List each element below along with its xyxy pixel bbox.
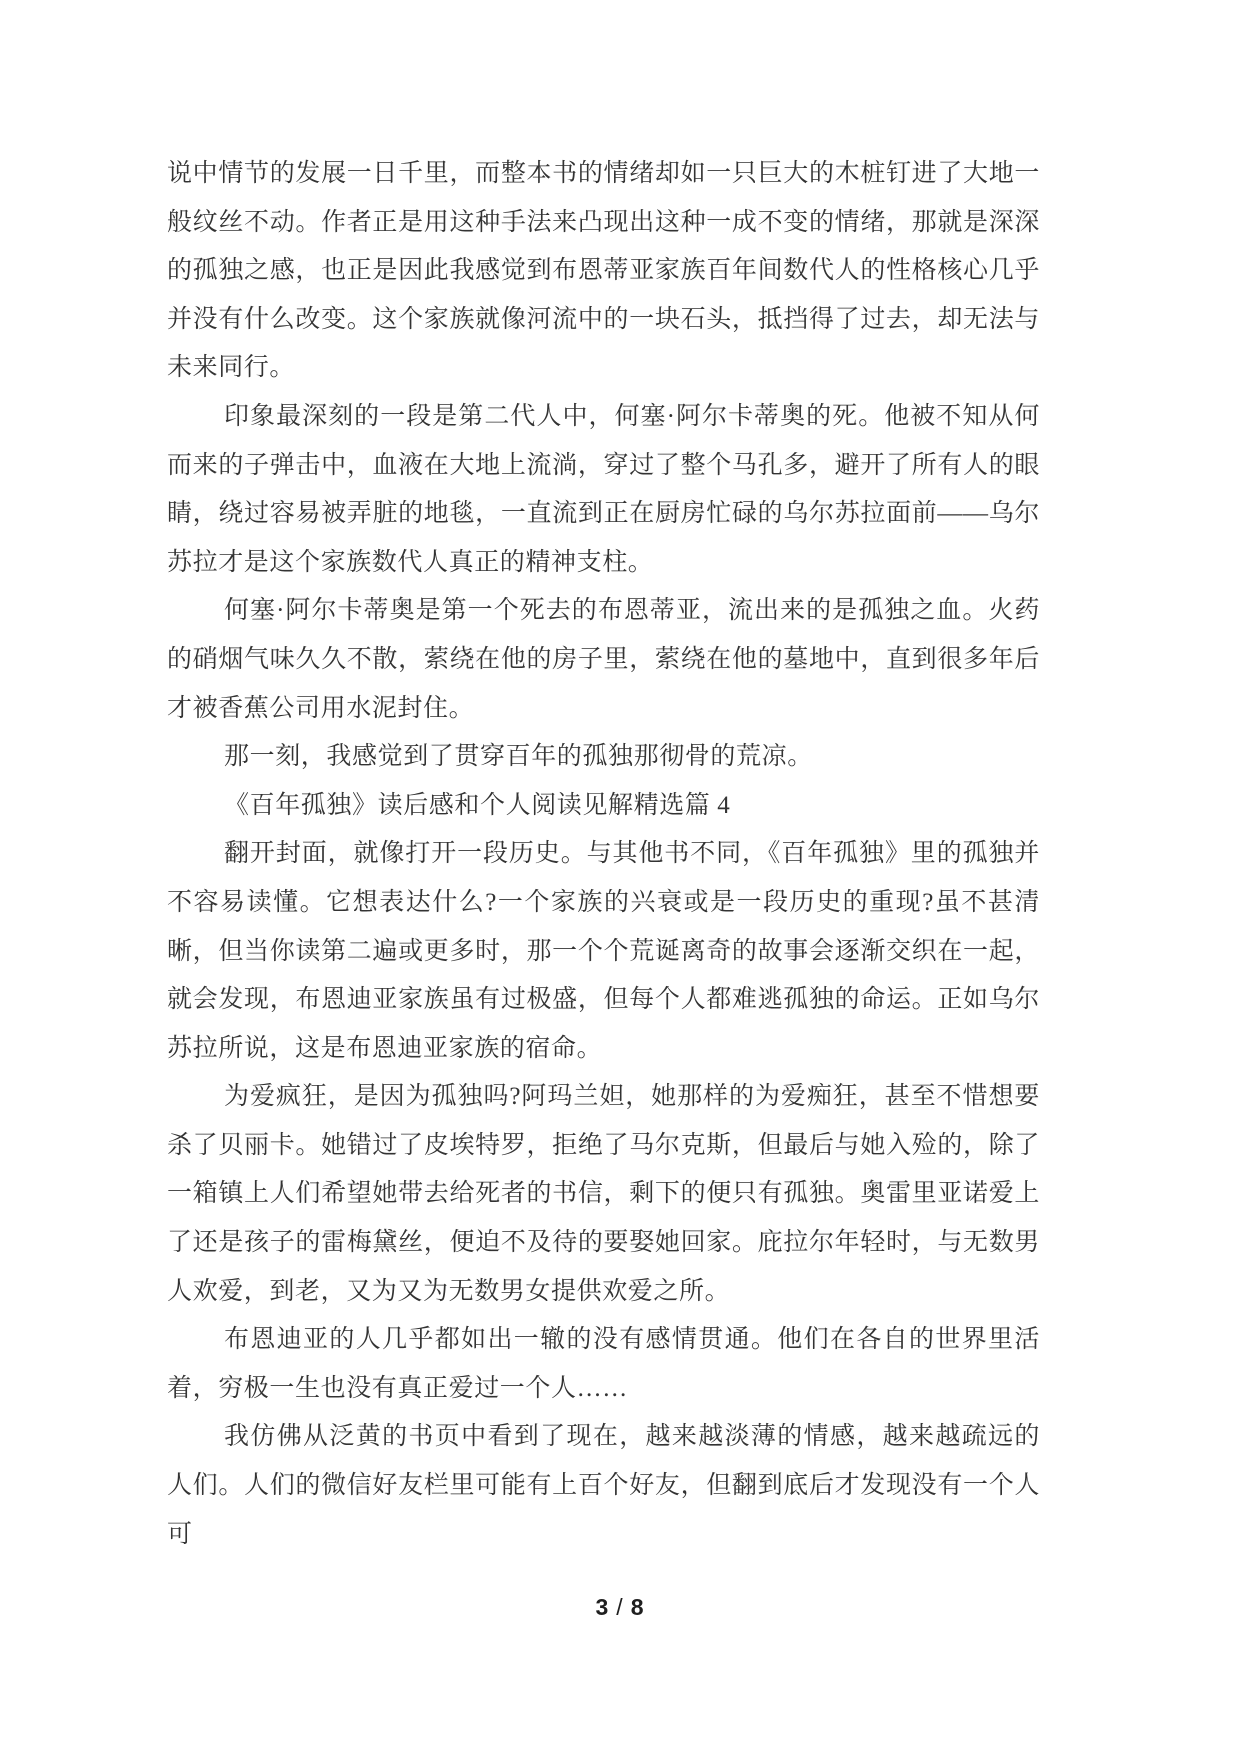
body-paragraph: 说中情节的发展一日千里，而整本书的情绪却如一只巨大的木桩钉进了大地一般纹丝不动。…	[167, 150, 1040, 393]
page-number-separator: /	[616, 1594, 623, 1620]
document-page: 说中情节的发展一日千里，而整本书的情绪却如一只巨大的木桩钉进了大地一般纹丝不动。…	[0, 0, 1240, 1753]
body-paragraph: 那一刻，我感觉到了贯穿百年的孤独那彻骨的荒凉。	[167, 733, 1040, 782]
body-paragraph: 布恩迪亚的人几乎都如出一辙的没有感情贯通。他们在各自的世界里活着，穷极一生也没有…	[167, 1316, 1040, 1413]
section-heading: 《百年孤独》读后感和个人阅读见解精选篇 4	[167, 782, 1040, 831]
page-number-current: 3	[596, 1594, 610, 1620]
document-body: 说中情节的发展一日千里，而整本书的情绪却如一只巨大的木桩钉进了大地一般纹丝不动。…	[167, 150, 1040, 1559]
page-number-total: 8	[631, 1594, 645, 1620]
body-paragraph: 我仿佛从泛黄的书页中看到了现在，越来越淡薄的情感，越来越疏远的人们。人们的微信好…	[167, 1413, 1040, 1559]
body-paragraph: 翻开封面，就像打开一段历史。与其他书不同，《百年孤独》里的孤独并不容易读懂。它想…	[167, 830, 1040, 1073]
body-paragraph: 为爱疯狂，是因为孤独吗?阿玛兰妲，她那样的为爱痴狂，甚至不惜想要杀了贝丽卡。她错…	[167, 1073, 1040, 1316]
page-footer: 3/8	[0, 1594, 1240, 1621]
body-paragraph: 何塞·阿尔卡蒂奥是第一个死去的布恩蒂亚，流出来的是孤独之血。火药的硝烟气味久久不…	[167, 587, 1040, 733]
body-paragraph: 印象最深刻的一段是第二代人中，何塞·阿尔卡蒂奥的死。他被不知从何而来的子弹击中，…	[167, 393, 1040, 587]
